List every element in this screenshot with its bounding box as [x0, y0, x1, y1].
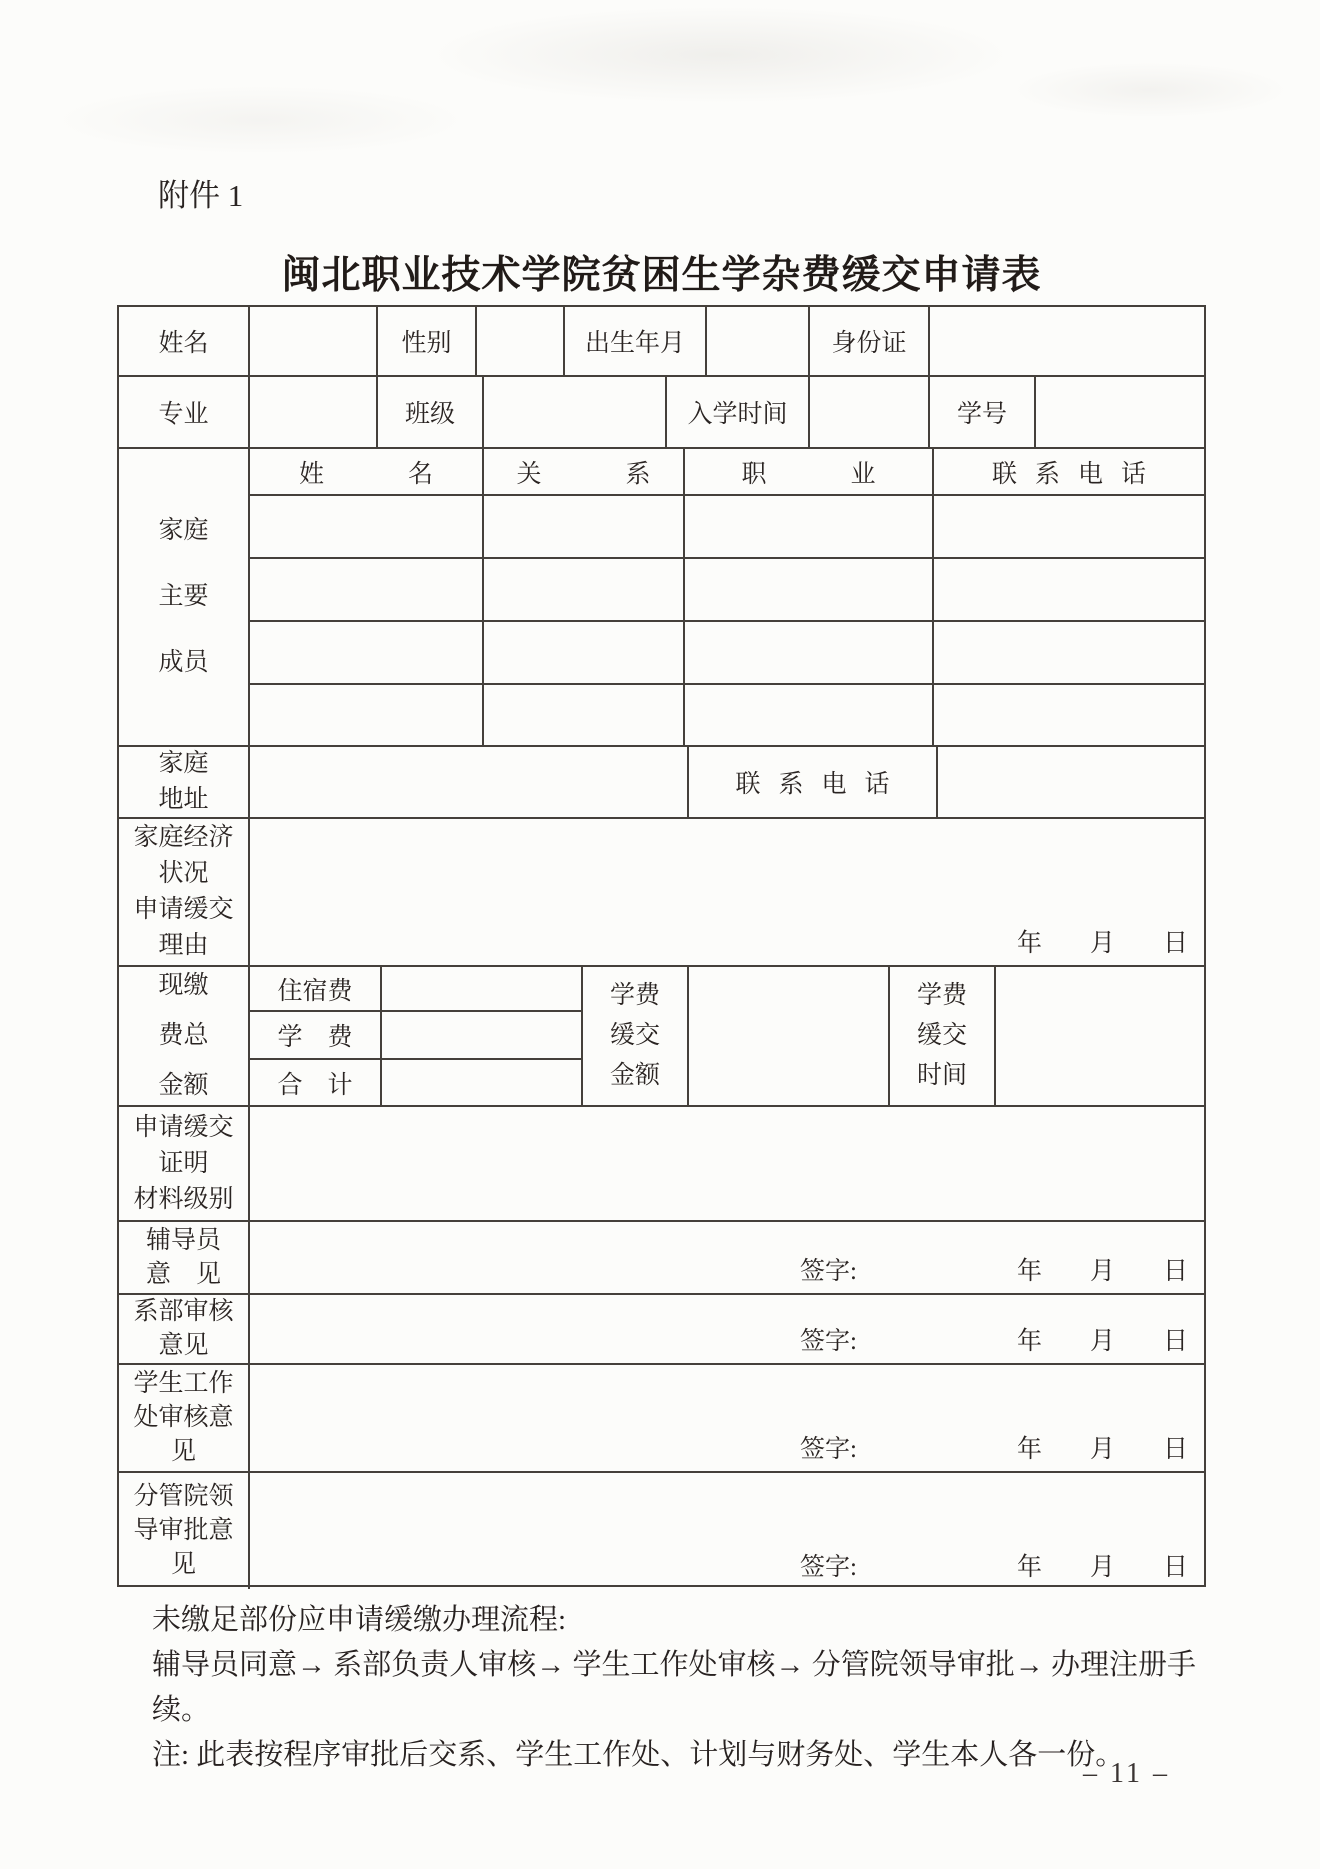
defer-time-value-cell — [996, 967, 1204, 1105]
evidence-value-cell — [250, 1107, 1204, 1220]
section-payment: 现缴 费总 金额 住宿费 学 费 合 计 学费 缓交 金额 学费 缓交 时间 — [119, 967, 1204, 1107]
footer-notes: 未缴足部份应申请缓缴办理流程: 辅导员同意→ 系部负责人审核→ 学生工作处审核→… — [152, 1598, 1212, 1778]
family-member-row-1 — [250, 496, 1204, 559]
student-no-label: 学号 — [930, 377, 1036, 447]
form-title: 闽北职业技术学院贫困生学杂费缓交申请表 — [117, 244, 1206, 300]
defer-amount-value-cell — [689, 967, 890, 1105]
section-counselor-opinion: 辅导员 意 见 签字: 年 月 日 — [119, 1222, 1204, 1295]
accommodation-fee-row: 住宿费 — [250, 967, 581, 1012]
tuition-fee-label: 学 费 — [250, 1012, 382, 1058]
family-col-name-label: 姓名 — [250, 449, 484, 494]
footer-line-1: 未缴足部份应申请缓缴办理流程: — [152, 1598, 1212, 1643]
enroll-time-value-cell — [810, 377, 930, 447]
student-affairs-opinion-cell: 签字: 年 月 日 — [250, 1365, 1204, 1471]
year-label: 年 — [1017, 1251, 1042, 1287]
economic-reason-value-cell: 年 月 日 — [250, 819, 1204, 965]
home-address-label: 家庭 地址 — [119, 747, 250, 817]
family-occupation-cell — [685, 559, 934, 620]
section-home-address: 家庭 地址 联系电话 — [119, 747, 1204, 819]
family-member-row-4 — [250, 685, 1204, 745]
tuition-fee-value-cell — [382, 1012, 581, 1058]
leader-approval-cell: 签字: 年 月 日 — [250, 1473, 1204, 1589]
total-fee-value-cell — [382, 1060, 581, 1105]
attachment-label: 附件 1 — [158, 170, 243, 215]
major-value-cell — [250, 377, 378, 447]
total-fee-row: 合 计 — [250, 1060, 581, 1105]
signature-label: 签字: — [800, 1547, 857, 1583]
major-label: 专业 — [119, 377, 250, 447]
section-economic-reason: 家庭经济 状况 申请缓交 理由 年 月 日 — [119, 819, 1204, 967]
month-label: 月 — [1090, 1251, 1115, 1287]
family-occupation-cell — [685, 685, 934, 745]
address-phone-label: 联系电话 — [689, 747, 938, 817]
name-label: 姓名 — [119, 307, 250, 375]
section-evidence: 申请缓交 证明 材料级别 — [119, 1107, 1204, 1222]
family-occupation-cell — [685, 622, 934, 683]
family-col-relation-text: 关系 — [516, 454, 685, 490]
family-member-row-3 — [250, 622, 1204, 685]
footer-line-4: 注: 此表按程序审批后交系、学生工作处、计划与财务处、学生本人各一份。 — [152, 1733, 1212, 1778]
accommodation-fee-label: 住宿费 — [250, 967, 382, 1010]
section-student-affairs-opinion: 学生工作 处审核意 见 签字: 年 月 日 — [119, 1365, 1204, 1473]
family-col-occupation-label: 职业 — [685, 449, 934, 494]
family-name-cell — [250, 622, 484, 683]
day-label: 日 — [1163, 1429, 1188, 1465]
family-members-grid: 姓名 关系 职业 联系电话 — [250, 449, 1204, 745]
day-label: 日 — [1163, 1547, 1188, 1583]
family-name-cell — [250, 496, 484, 557]
defer-amount-label: 学费 缓交 金额 — [583, 967, 689, 1105]
family-occupation-cell — [685, 496, 934, 557]
gender-label: 性别 — [378, 307, 477, 375]
month-label: 月 — [1090, 923, 1115, 959]
leader-approval-label: 分管院领 导审批意 见 — [119, 1473, 250, 1589]
family-relation-cell — [484, 685, 685, 745]
footer-line-3: 续。 — [152, 1688, 1212, 1733]
signature-label: 签字: — [800, 1251, 857, 1287]
row-basic-info-2: 专业 班级 入学时间 学号 — [119, 377, 1204, 449]
counselor-sign-line: 签字: 年 月 日 — [250, 1251, 1204, 1287]
family-col-relation-label: 关系 — [484, 449, 685, 494]
birth-date-label: 出生年月 — [565, 307, 707, 375]
application-form-table: 姓名 性别 出生年月 身份证 专业 班级 入学时间 学号 家庭 主要 成员 — [117, 305, 1206, 1587]
section-department-opinion: 系部审核 意见 签字: 年 月 日 — [119, 1295, 1204, 1365]
family-relation-cell — [484, 622, 685, 683]
name-value-cell — [250, 307, 378, 375]
address-phone-text: 联系电话 — [735, 764, 907, 800]
address-phone-value-cell — [938, 747, 1204, 817]
defer-time-label: 学费 缓交 时间 — [890, 967, 996, 1105]
section-leader-approval-opinion: 分管院领 导审批意 见 签字: 年 月 日 — [119, 1473, 1204, 1589]
year-label: 年 — [1017, 1321, 1042, 1357]
footer-line-2: 辅导员同意→ 系部负责人审核→ 学生工作处审核→ 分管院领导审批→ 办理注册手 — [152, 1643, 1212, 1688]
day-label: 日 — [1163, 1251, 1188, 1287]
day-label: 日 — [1163, 923, 1188, 959]
family-col-occupation-text: 职业 — [741, 454, 934, 490]
date-fields: 年 月 日 — [1017, 923, 1204, 959]
year-label: 年 — [1017, 923, 1042, 959]
family-phone-cell — [934, 685, 1204, 745]
leader-sign-line: 签字: 年 月 日 — [250, 1547, 1204, 1583]
signature-label: 签字: — [800, 1429, 857, 1465]
gender-value-cell — [477, 307, 565, 375]
family-relation-cell — [484, 496, 685, 557]
tuition-fee-row: 学 费 — [250, 1012, 581, 1060]
payment-total-label: 现缴 费总 金额 — [119, 967, 250, 1105]
accommodation-fee-value-cell — [382, 967, 581, 1010]
birth-date-value-cell — [707, 307, 810, 375]
department-sign-line: 签字: 年 月 日 — [250, 1321, 1204, 1357]
economic-reason-label: 家庭经济 状况 申请缓交 理由 — [119, 819, 250, 965]
total-fee-label: 合 计 — [250, 1060, 382, 1105]
family-phone-cell — [934, 496, 1204, 557]
counselor-opinion-cell: 签字: 年 月 日 — [250, 1222, 1204, 1293]
economic-date-line: 年 月 日 — [250, 923, 1204, 959]
family-name-cell — [250, 559, 484, 620]
month-label: 月 — [1090, 1321, 1115, 1357]
id-card-label: 身份证 — [810, 307, 930, 375]
month-label: 月 — [1090, 1547, 1115, 1583]
department-opinion-label: 系部审核 意见 — [119, 1295, 250, 1363]
section-family-members: 家庭 主要 成员 姓名 关系 职业 联系电话 — [119, 449, 1204, 747]
family-section-label: 家庭 主要 成员 — [119, 449, 250, 745]
family-col-phone-label: 联系电话 — [934, 449, 1204, 494]
student-affairs-opinion-label: 学生工作 处审核意 见 — [119, 1365, 250, 1471]
date-fields: 年 月 日 — [1017, 1321, 1204, 1357]
student-affairs-sign-line: 签字: 年 月 日 — [250, 1429, 1204, 1465]
counselor-opinion-label: 辅导员 意 见 — [119, 1222, 250, 1293]
student-no-value-cell — [1036, 377, 1204, 447]
class-label: 班级 — [378, 377, 484, 447]
page-number: – 11 – — [1083, 1758, 1170, 1790]
department-opinion-cell: 签字: 年 月 日 — [250, 1295, 1204, 1363]
day-label: 日 — [1163, 1321, 1188, 1357]
signature-label: 签字: — [800, 1321, 857, 1357]
family-phone-cell — [934, 622, 1204, 683]
home-address-value-cell — [250, 747, 689, 817]
scanned-form-page: 附件 1 闽北职业技术学院贫困生学杂费缓交申请表 姓名 性别 出生年月 身份证 … — [0, 0, 1320, 1869]
family-header-row: 姓名 关系 职业 联系电话 — [250, 449, 1204, 496]
family-col-phone-text: 联系电话 — [992, 454, 1164, 490]
date-fields: 年 月 日 — [1017, 1251, 1204, 1287]
year-label: 年 — [1017, 1429, 1042, 1465]
class-value-cell — [484, 377, 667, 447]
year-label: 年 — [1017, 1547, 1042, 1583]
evidence-label: 申请缓交 证明 材料级别 — [119, 1107, 250, 1220]
family-name-cell — [250, 685, 484, 745]
payment-subtable: 住宿费 学 费 合 计 — [250, 967, 583, 1105]
family-col-name-text: 姓名 — [299, 454, 484, 490]
id-card-value-cell — [930, 307, 1204, 375]
family-member-row-2 — [250, 559, 1204, 622]
month-label: 月 — [1090, 1429, 1115, 1465]
family-phone-cell — [934, 559, 1204, 620]
date-fields: 年 月 日 — [1017, 1547, 1204, 1583]
family-relation-cell — [484, 559, 685, 620]
row-basic-info-1: 姓名 性别 出生年月 身份证 — [119, 307, 1204, 377]
enroll-time-label: 入学时间 — [667, 377, 810, 447]
date-fields: 年 月 日 — [1017, 1429, 1204, 1465]
